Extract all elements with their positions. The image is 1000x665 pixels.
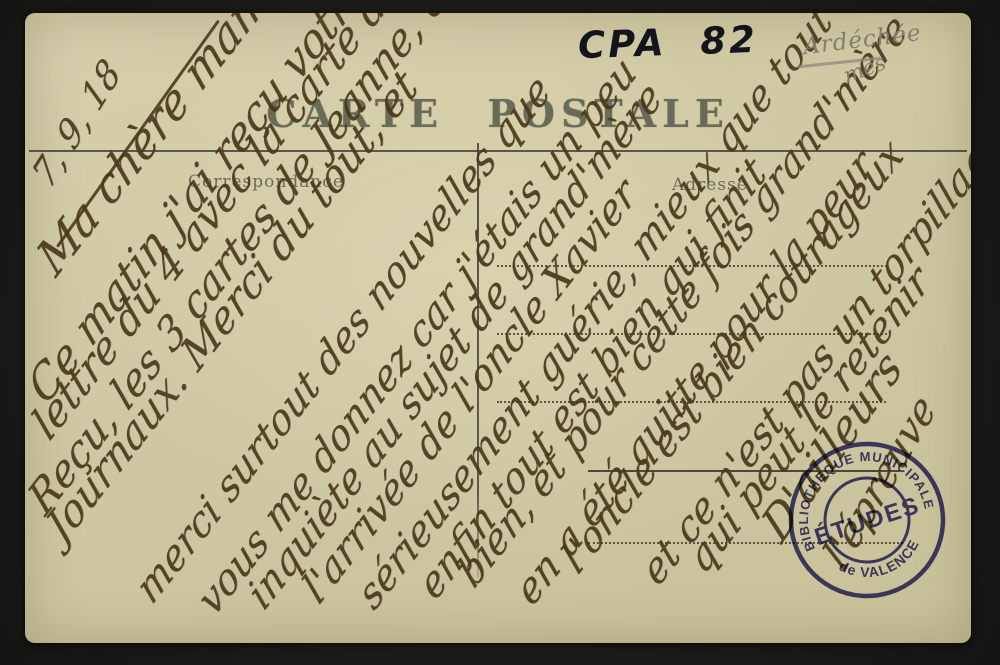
- postcard-back: CARTE POSTALE Correspondance Adresse 7, …: [25, 13, 971, 643]
- library-stamp: BIBLIOTHEQUE MUNICIPALE de VALENCE ÉTUDE…: [781, 434, 953, 606]
- catalog-code-note: CPA 82: [577, 18, 758, 67]
- postcard-scan: CARTE POSTALE Correspondance Adresse 7, …: [0, 0, 1000, 665]
